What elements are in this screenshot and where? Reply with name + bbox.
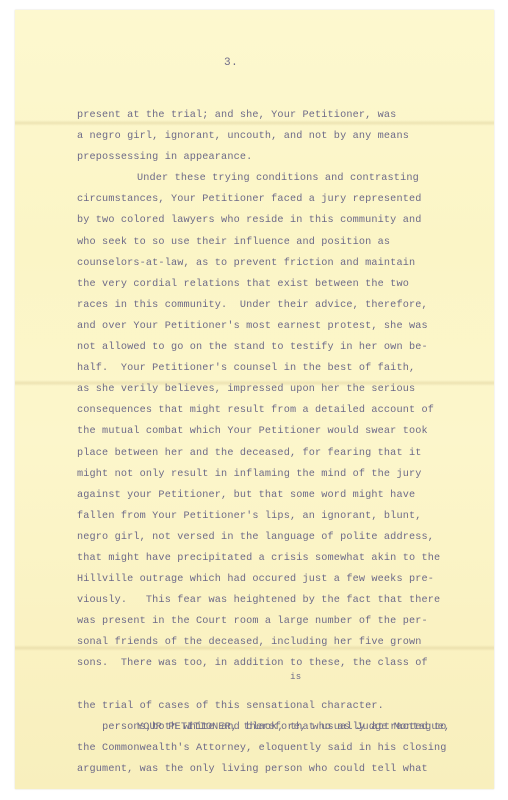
text-line: a negro girl, ignorant, uncouth, and not… xyxy=(77,126,477,147)
text-line: the mutual combat which Your Petitioner … xyxy=(77,421,477,442)
text-line: that might have precipitated a crisis so… xyxy=(77,548,477,569)
text-line: Hillville outrage which had occured just… xyxy=(77,569,477,590)
text-line: sonal friends of the deceased, including… xyxy=(77,632,477,653)
text-line: half. Your Petitioner's counsel in the b… xyxy=(77,358,477,379)
text-line: present at the trial; and she, Your Peti… xyxy=(77,105,477,126)
text-line: might not only result in inflaming the m… xyxy=(77,464,477,485)
text-line: the trial of cases of this sensational c… xyxy=(77,696,477,717)
text-line: argument, was the only living person who… xyxy=(77,759,477,780)
text-line: against your Petitioner, but that some w… xyxy=(77,485,477,506)
page-number: 3. xyxy=(224,57,238,69)
text-line: the Commonwealth's Attorney, eloquently … xyxy=(77,738,477,759)
text-line: place between her and the deceased, for … xyxy=(77,443,477,464)
text-line: who seek to so use their influence and p… xyxy=(77,232,477,253)
text-line: circumstances, Your Petitioner faced a j… xyxy=(77,189,477,210)
paragraph-start-line: Under these trying conditions and contra… xyxy=(77,168,477,189)
text-line-content: persons,both white and black, that usual… xyxy=(102,722,447,733)
text-line: prepossessing in appearance. xyxy=(77,147,477,168)
interlinear-insertion: is xyxy=(290,667,301,688)
text-line: viously. This fear was heightened by the… xyxy=(77,590,477,611)
text-line: the very cordial relations that exist be… xyxy=(77,274,477,295)
text-line: sons. There was too, in addition to thes… xyxy=(77,653,477,674)
text-line: fallen from Your Petitioner's lips, an i… xyxy=(77,506,477,527)
text-line: as she verily believes, impressed upon h… xyxy=(77,379,477,400)
text-line: counselors-at-law, as to prevent frictio… xyxy=(77,253,477,274)
text-line: and over Your Petitioner's most earnest … xyxy=(77,316,477,337)
text-line: was present in the Court room a large nu… xyxy=(77,611,477,632)
text-line: races in this community. Under their adv… xyxy=(77,295,477,316)
document-body: present at the trial; and she, Your Peti… xyxy=(77,105,477,780)
text-line: not allowed to go on the stand to testif… xyxy=(77,337,477,358)
text-line: negro girl, not versed in the language o… xyxy=(77,527,477,548)
text-line: consequences that might result from a de… xyxy=(77,400,477,421)
text-line: by two colored lawyers who reside in thi… xyxy=(77,210,477,231)
text-line-with-insertion: is persons,both white and black, that us… xyxy=(77,675,477,696)
